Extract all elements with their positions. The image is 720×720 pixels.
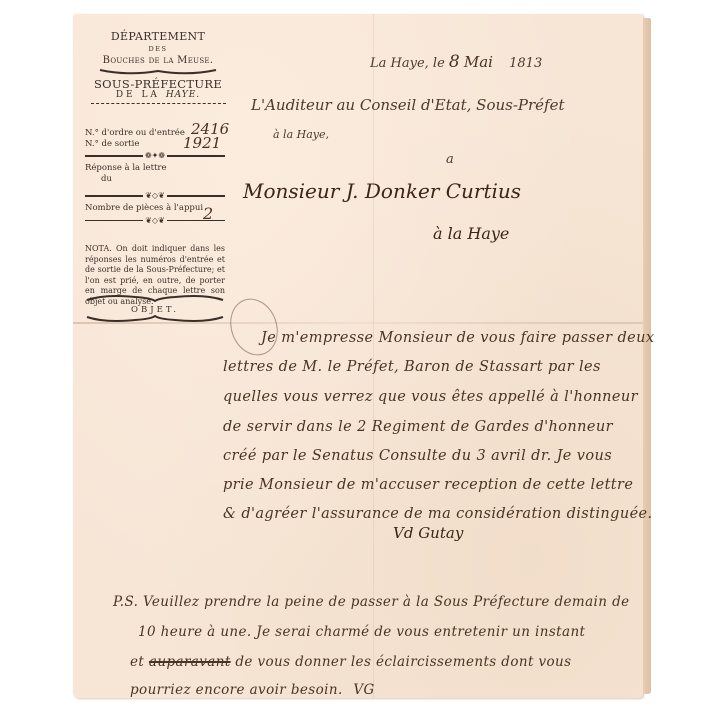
ornament-rule: ❦◇❦ (85, 192, 225, 200)
recipient-name: Monsieur J. Donker Curtius (243, 179, 521, 203)
postscript-line: 10 heure à une. Je serai charmé de vous … (138, 624, 585, 640)
body-line: & d'agréer l'assurance de ma considérati… (223, 506, 653, 522)
body-line: quelles vous verrez que vous êtes appell… (223, 389, 638, 405)
postscript-line: pourriez encore avoir besoin. VG (130, 682, 375, 698)
body-line: créé par le Senatus Consulte du 3 avril … (223, 448, 612, 464)
initial-flourish (222, 292, 285, 362)
letterhead: DÉPARTEMENT DES Bouches de la Meuse. SOU… (83, 30, 233, 104)
sender-place: à la Haye, (273, 128, 329, 141)
des-label: DES (83, 45, 233, 53)
date-day: 8 (449, 52, 460, 72)
letter-paper: DÉPARTEMENT DES Bouches de la Meuse. SOU… (73, 14, 643, 698)
date-year: 181 (509, 56, 534, 71)
recipient-place: à la Haye (433, 224, 509, 243)
postscript-line: P.S. Veuillez prendre la peine de passer… (113, 594, 630, 610)
body-line: prie Monsieur de m'accuser reception de … (223, 477, 633, 493)
dashed-rule (91, 103, 226, 104)
to-label: a (446, 152, 454, 167)
region-label: Bouches de la Meuse. (83, 55, 233, 66)
sender-title: L'Auditeur au Conseil d'Etat, Sous-Préfe… (251, 96, 565, 114)
sous-prefecture-label: SOUS-PRÉFECTURE (83, 78, 233, 90)
department-label: DÉPARTEMENT (83, 30, 233, 43)
body-line: lettres de M. le Préfet, Baron de Stassa… (223, 359, 601, 375)
place-date: La Haye, le 8 Mai 1813 (370, 52, 542, 72)
pieces-value: 2 (203, 204, 213, 223)
sortie-value: 1921 (183, 134, 221, 152)
swirl-ornament-icon (98, 68, 218, 76)
place-name: HAYE. (166, 90, 200, 100)
swirl-ornament-icon (85, 315, 225, 323)
date-year-last: 3 (534, 56, 542, 71)
objet-block: OBJET. (85, 294, 225, 326)
date-month: Mai (464, 53, 493, 71)
reponse-du: du (85, 174, 230, 185)
place-label: DE LA HAYE. (83, 90, 233, 100)
paper-edge (643, 18, 651, 694)
postscript-line: et auparavant de vous donner les éclairc… (130, 654, 571, 670)
ps-initials: VG (353, 682, 374, 698)
body-line: Je m'empresse Monsieur de vous faire pas… (261, 330, 654, 346)
ornament-rule: ❁✦❁ (85, 152, 225, 160)
objet-label: OBJET. (85, 305, 225, 315)
swirl-ornament-icon (85, 294, 225, 302)
signature: Vd Gutay (393, 524, 463, 542)
reponse-label: Réponse à la lettre (85, 163, 230, 174)
body-line: de servir dans le 2 Regiment de Gardes d… (223, 419, 613, 435)
struck-word: auparavant (149, 654, 231, 670)
